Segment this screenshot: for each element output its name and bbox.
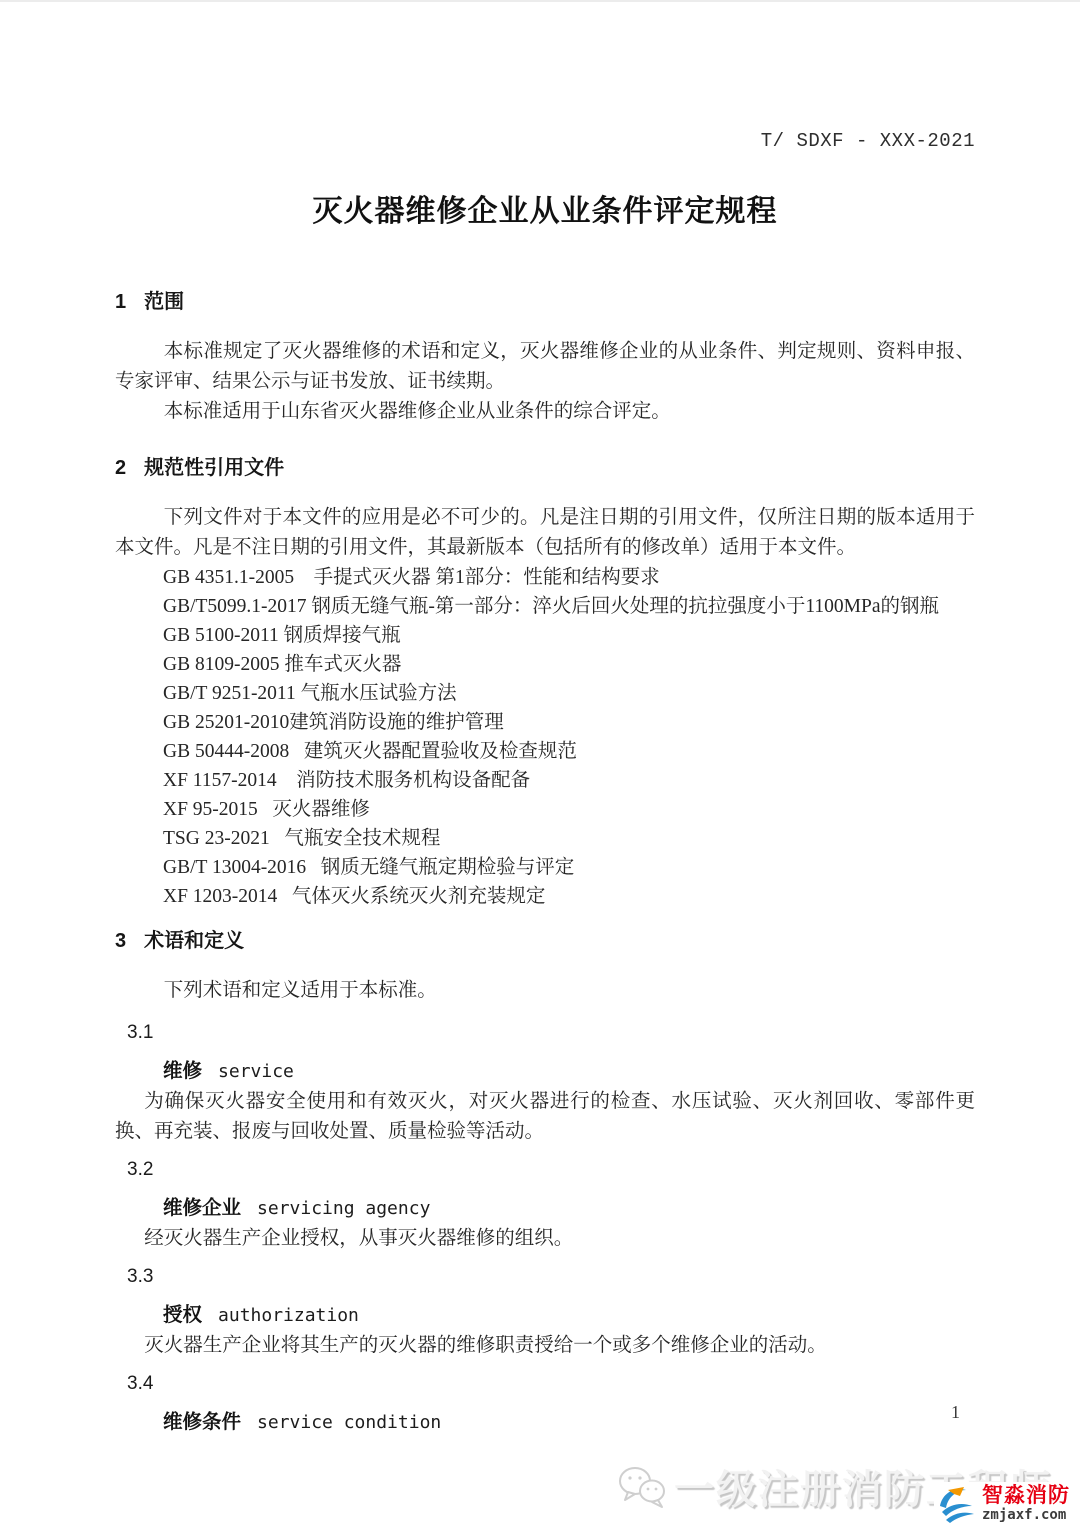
document-page: T/ SDXF - XXX-2021 灭火器维修企业从业条件评定规程 1范围 本…	[0, 0, 1080, 1527]
reference-item: GB/T5099.1-2017 钢质无缝气瓶-第一部分：淬火后回火处理的抗拉强度…	[115, 592, 975, 621]
scope-paragraph-2: 本标准适用于山东省灭火器维修企业从业条件的综合评定。	[115, 397, 975, 427]
logo-text: 智淼消防 zmjaxf.com	[982, 1485, 1070, 1523]
term-en: servicing agency	[257, 1198, 430, 1219]
reference-item: GB/T 13004-2016 钢质无缝气瓶定期检验与评定	[115, 853, 975, 882]
section-title: 范围	[144, 291, 184, 313]
document-content: T/ SDXF - XXX-2021 灭火器维修企业从业条件评定规程 1范围 本…	[0, 2, 1080, 1438]
term-number: 3.2	[115, 1159, 975, 1181]
scope-paragraph-1: 本标准规定了灭火器维修的术语和定义，灭火器维修企业的从业条件、判定规则、资料申报…	[115, 337, 975, 397]
section-number: 2	[115, 457, 126, 480]
term-zh: 授权	[163, 1304, 202, 1326]
section-title: 规范性引用文件	[144, 457, 284, 479]
terms-intro: 下列术语和定义适用于本标准。	[115, 976, 975, 1006]
zhimiao-logo: 智淼消防 zmjaxf.com	[934, 1482, 1070, 1526]
term-definition: 经灭火器生产企业授权，从事灭火器维修的组织。	[115, 1224, 975, 1254]
doc-title: 灭火器维修企业从业条件评定规程	[115, 186, 975, 230]
reference-item: GB 50444-2008 建筑灭火器配置验收及检查规范	[115, 737, 975, 766]
doc-number: T/ SDXF - XXX-2021	[115, 2, 975, 152]
zhimiao-logo-icon	[934, 1482, 978, 1526]
term-en: authorization	[218, 1305, 359, 1326]
section-heading-terms: 3术语和定义	[115, 924, 975, 953]
wechat-icon	[616, 1461, 668, 1513]
section-heading-references: 2规范性引用文件	[115, 451, 975, 480]
reference-item: GB 8109-2005 推车式灭火器	[115, 650, 975, 679]
term-number: 3.3	[115, 1266, 975, 1288]
term-zh: 维修	[163, 1060, 202, 1082]
section-number: 1	[115, 291, 126, 314]
term-title: 维修service	[115, 1057, 975, 1087]
term-title: 维修企业servicing agency	[115, 1194, 975, 1224]
reference-item: GB 25201-2010建筑消防设施的维护管理	[115, 708, 975, 737]
term-zh: 维修企业	[163, 1197, 241, 1219]
term-number: 3.4	[115, 1373, 975, 1395]
reference-item: XF 1203-2014 气体灭火系统灭火剂充装规定	[115, 882, 975, 911]
references-intro: 下列文件对于本文件的应用是必不可少的。凡是注日期的引用文件，仅所注日期的版本适用…	[115, 503, 975, 563]
reference-item: GB 5100-2011 钢质焊接气瓶	[115, 621, 975, 650]
term-en: service	[218, 1061, 294, 1082]
reference-item: XF 1157-2014 消防技术服务机构设备配备	[115, 766, 975, 795]
term-en: service condition	[257, 1412, 441, 1433]
term-number: 3.1	[115, 1022, 975, 1044]
logo-name: 智淼消防	[982, 1485, 1070, 1507]
logo-url: zmjaxf.com	[982, 1507, 1070, 1523]
reference-item: XF 95-2015 灭火器维修	[115, 795, 975, 824]
term-definition: 为确保灭火器安全使用和有效灭火，对灭火器进行的检查、水压试验、灭火剂回收、零部件…	[115, 1087, 975, 1147]
section-heading-scope: 1范围	[115, 285, 975, 314]
section-title: 术语和定义	[144, 930, 244, 952]
term-title: 维修条件service condition	[115, 1408, 975, 1438]
term-title: 授权authorization	[115, 1301, 975, 1331]
reference-item: GB 4351.1-2005 手提式灭火器 第1部分：性能和结构要求	[115, 563, 975, 592]
term-definition: 灭火器生产企业将其生产的灭火器的维修职责授给一个或多个维修企业的活动。	[115, 1331, 975, 1361]
term-zh: 维修条件	[163, 1411, 241, 1433]
reference-item: GB/T 9251-2011 气瓶水压试验方法	[115, 679, 975, 708]
section-number: 3	[115, 930, 126, 953]
reference-item: TSG 23-2021 气瓶安全技术规程	[115, 824, 975, 853]
page-number: 1	[951, 1402, 960, 1423]
